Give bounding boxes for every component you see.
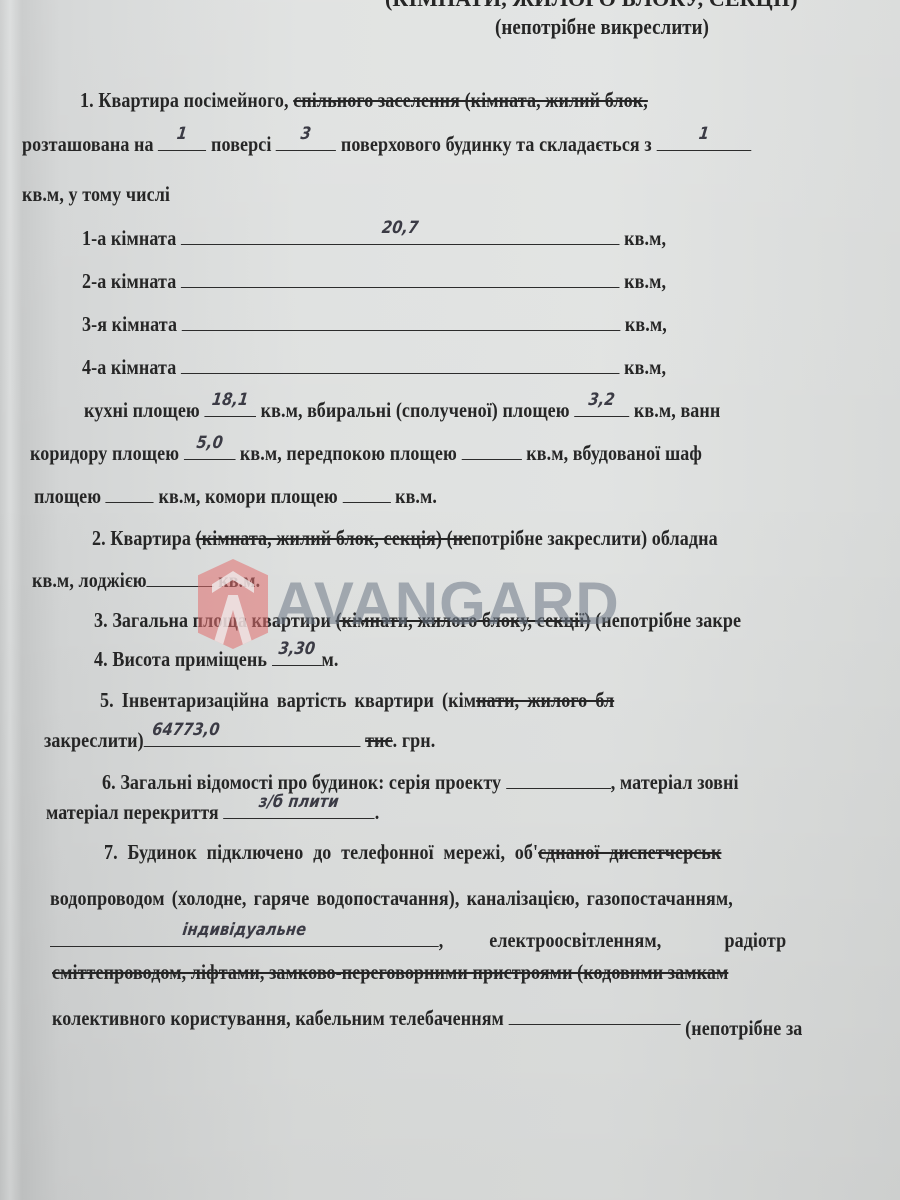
- section-1-intro-text: 1. Квартира посімейного,: [80, 88, 289, 112]
- project-series-field[interactable]: [506, 770, 611, 789]
- kitchen-field[interactable]: 18,1: [204, 398, 256, 417]
- watermark: AVANGARD: [198, 558, 620, 650]
- heating-row: індивідуальне, електроосвітленням, радіо…: [50, 928, 786, 953]
- inventory-value-field[interactable]: 64773,0: [144, 728, 361, 747]
- building-label: поверхового будинку та складається з: [341, 132, 652, 156]
- header-note: (непотрібне викреслити): [495, 14, 709, 40]
- heating-field[interactable]: індивідуальне: [50, 928, 439, 947]
- room-unit: кв.м,: [625, 312, 667, 336]
- ceiling-field[interactable]: з/б плити: [223, 800, 374, 819]
- room-unit: кв.м,: [624, 355, 666, 379]
- section-1-intro: 1. Квартира посімейного, спільного засел…: [80, 88, 648, 113]
- room-row: 3-я кімната кв.м,: [82, 312, 667, 337]
- loggia-row: кв.м, лоджією кв.м.: [32, 568, 260, 593]
- header-cut-title: (КІМНАТИ, ЖИЛОГО БЛОКУ, СЕКЦІЇ): [385, 0, 798, 12]
- kitchen-value: 18,1: [203, 390, 257, 410]
- loggia-label: кв.м, лоджією: [32, 568, 147, 592]
- floor-field[interactable]: 1: [158, 132, 206, 151]
- water-row: водопроводом (холодне, гаряче водопостач…: [50, 886, 733, 911]
- loggia-field[interactable]: [147, 568, 214, 587]
- room-label: 3-я кімната: [82, 312, 177, 336]
- section-7-intro-text: 7. Будинок підключено до телефонної мере…: [104, 840, 538, 864]
- room-row: 2-а кімната кв.м,: [82, 269, 666, 294]
- pantry-row: площею кв.м, комори площею кв.м.: [34, 484, 437, 509]
- section-5-value-row: закреслити)64773,0 тис. грн.: [44, 728, 435, 753]
- room-row: 4-а кімната кв.м,: [82, 355, 666, 380]
- floors-total-field[interactable]: 3: [276, 132, 336, 151]
- collective-label: колективного користування, кабельним тел…: [52, 1006, 504, 1030]
- rooms-count-field[interactable]: 1: [656, 132, 751, 151]
- room-3-field[interactable]: [182, 312, 621, 331]
- wall-material-label: , матеріал зовні: [611, 770, 739, 794]
- section-3-rest-text: (непотрібне закре: [595, 608, 741, 632]
- floor-label: поверсі: [211, 132, 271, 156]
- closet-field[interactable]: [106, 484, 154, 503]
- section-7-intro: 7. Будинок підключено до телефонної мере…: [104, 840, 721, 865]
- section-1-struck-text: спільного заселення (кімната, жилий блок…: [293, 88, 648, 112]
- section-4-row: 4. Висота приміщень 3,30м.: [94, 647, 338, 672]
- section-5-intro-text: 5. Інвентаризаційна вартість квартири (к…: [100, 688, 476, 712]
- bathroom-field[interactable]: 3,2: [574, 398, 629, 417]
- cable-row: колективного користування, кабельним тел…: [52, 996, 802, 1031]
- height-value: 3,30: [270, 639, 322, 659]
- room-unit: кв.м,: [624, 269, 666, 293]
- bathroom-label: кв.м, вбиральні (сполученої) площею: [261, 398, 570, 422]
- corridor-field[interactable]: 5,0: [184, 441, 236, 460]
- room-row: 1-а кімната 20,7 кв.м,: [82, 226, 666, 251]
- corridor-label: коридору площею: [30, 441, 179, 465]
- height-label: 4. Висота приміщень: [94, 647, 267, 671]
- room-2-field[interactable]: [181, 269, 620, 288]
- closet-label: кв.м, вбудованої шаф: [526, 441, 702, 465]
- section-7-struck-1: єднаної диспетчерськ: [538, 840, 721, 864]
- hallway-field[interactable]: [461, 441, 521, 460]
- loggia-unit: кв.м.: [218, 568, 260, 592]
- section-7-note: (непотрібне за: [685, 1016, 802, 1040]
- currency-unit: . грн.: [393, 728, 436, 752]
- unit-struck: тис: [365, 728, 393, 752]
- sqm-including: кв.м, у тому числі: [22, 182, 170, 207]
- room-4-field[interactable]: [181, 355, 620, 374]
- pantry-unit: кв.м.: [395, 484, 437, 508]
- heating-value: індивідуальне: [49, 920, 440, 940]
- room-1-field[interactable]: 20,7: [181, 226, 620, 245]
- floor-value: 1: [157, 124, 208, 144]
- kitchen-row: кухні площею 18,1 кв.м, вбиральні (сполу…: [84, 398, 720, 423]
- section-2-intro: 2. Квартира (кімната, жилий блок, секція…: [92, 526, 718, 551]
- height-unit: м.: [321, 647, 338, 671]
- section-2-intro-text: 2. Квартира: [92, 526, 191, 550]
- section-6-intro-text: 6. Загальні відомості про будинок: серія…: [102, 770, 501, 794]
- ceiling-value: з/б плити: [222, 792, 376, 812]
- hallway-label: кв.м, передпокою площею: [240, 441, 457, 465]
- ceiling-label: матеріал перекриття: [46, 800, 219, 824]
- radio-label: радіотр: [724, 928, 786, 952]
- electric-label: електроосвітленням,: [489, 928, 661, 952]
- room-label: 1-а кімната: [82, 226, 176, 250]
- room-unit: кв.м,: [624, 226, 666, 250]
- room-1-value: 20,7: [180, 218, 621, 238]
- bathroom-value: 3,2: [573, 390, 630, 410]
- section-1-location: розташована на 1 поверсі 3 поверхового б…: [22, 132, 751, 157]
- pantry-label: кв.м, комори площею: [159, 484, 338, 508]
- section-2-rest-text: потрібне закреслити) обладна: [471, 526, 717, 550]
- area-label: площею: [34, 484, 101, 508]
- ceiling-row: матеріал перекриття з/б плити.: [46, 800, 379, 825]
- corridor-value: 5,0: [182, 433, 236, 453]
- kitchen-label: кухні площею: [84, 398, 200, 422]
- located-label: розташована на: [22, 132, 154, 156]
- section-3-intro-text: 3. Загальна площа квартири: [94, 608, 331, 632]
- section-3-struck-text: (кімнати, жилого блоку, секції): [336, 608, 591, 632]
- floors-total-value: 3: [275, 124, 338, 144]
- height-field[interactable]: 3,30: [272, 647, 322, 666]
- pantry-field[interactable]: [342, 484, 390, 503]
- room-label: 4-а кімната: [82, 355, 176, 379]
- rooms-count-value: 1: [655, 124, 752, 144]
- section-5-closing: закреслити): [44, 728, 144, 752]
- inventory-value: 64773,0: [151, 720, 362, 740]
- corridor-row: коридору площею 5,0 кв.м, передпокою пло…: [30, 441, 702, 466]
- section-3-row: 3. Загальна площа квартири (кімнати, жил…: [94, 608, 741, 633]
- section-2-struck-text: (кімната, жилий блок, секція) (не: [196, 526, 472, 550]
- section-5-struck-text: нати, жилого бл: [476, 688, 614, 712]
- section-6-row: 6. Загальні відомості про будинок: серія…: [102, 770, 739, 795]
- section-7-struck-2: сміттепроводом, ліфтами, замково-перегов…: [52, 960, 728, 985]
- room-label: 2-а кімната: [82, 269, 176, 293]
- section-5-intro: 5. Інвентаризаційна вартість квартири (к…: [100, 688, 614, 713]
- cable-field[interactable]: [509, 1006, 681, 1025]
- bath-tail: кв.м, ванн: [634, 398, 720, 422]
